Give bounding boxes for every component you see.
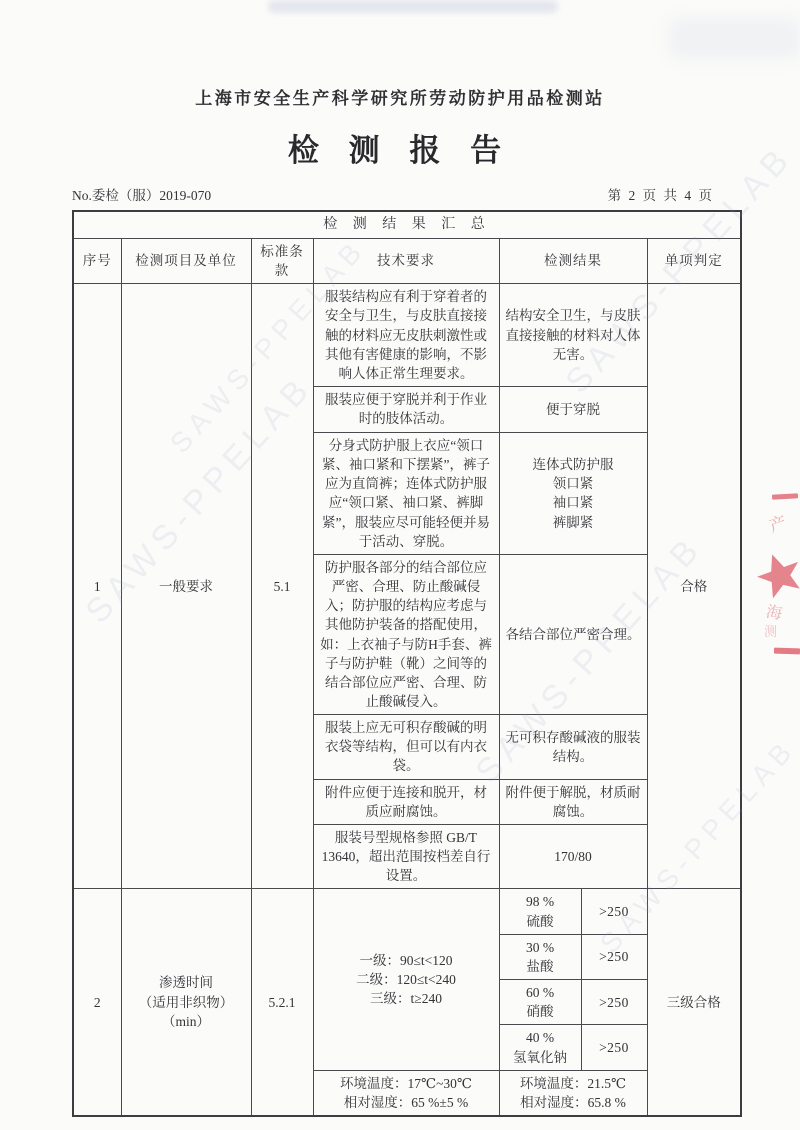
report-meta: No.委检（服）2019-070 第 2 页 共 4 页 bbox=[72, 184, 740, 204]
result-cell: 各结合部位严密合理。 bbox=[499, 554, 647, 714]
acid-name-cell: 98 % 硫酸 bbox=[499, 889, 581, 934]
acid-name-cell: 30 % 盐酸 bbox=[499, 934, 581, 979]
acid-value-cell: >250 bbox=[581, 889, 647, 934]
svg-text:测: 测 bbox=[764, 624, 777, 639]
requirement-cell: 分身式防护服上衣应“领口紧、袖口紧和下摆紧”，裤子应为直筒裤；连体式防护服应“领… bbox=[313, 432, 499, 554]
col-header-verdict: 单项判定 bbox=[647, 238, 741, 283]
environment-result-cell: 环境温度：21.5℃ 相对湿度：65.8 % bbox=[499, 1070, 647, 1116]
svg-text:海: 海 bbox=[765, 603, 784, 624]
requirement-cell: 服装应便于穿脱并利于作业时的肢体活动。 bbox=[313, 386, 499, 432]
report-header: 上海市安全生产科学研究所劳动防护用品检测站 检 测 报 告 bbox=[0, 0, 800, 170]
verdict-cell: 合格 bbox=[647, 284, 741, 889]
result-cell: 附件便于解脱，材质耐腐蚀。 bbox=[499, 779, 647, 824]
acid-value-cell: >250 bbox=[581, 980, 647, 1025]
acid-name-cell: 40 % 氢氧化钠 bbox=[499, 1025, 581, 1070]
requirement-cell: 服装结构应有利于穿着者的安全与卫生，与皮肤直接接触的材料应无皮肤刺激性或其他有害… bbox=[313, 284, 499, 387]
requirement-cell: 防护服各部分的结合部位应严密、合理、防止酸碱侵入；防护服的结构应考虑与其他防护装… bbox=[313, 554, 499, 714]
page-indicator: 第 2 页 共 4 页 bbox=[608, 184, 714, 204]
clause-cell: 5.2.1 bbox=[251, 889, 313, 1116]
result-cell: 便于穿脱 bbox=[499, 386, 647, 432]
report-title: 检 测 报 告 bbox=[0, 125, 800, 170]
results-table: 检 测 结 果 汇 总 序号 检测项目及单位 标准条款 技术要求 检测结果 单项… bbox=[72, 210, 742, 1117]
result-cell: 170/80 bbox=[499, 824, 647, 888]
seq-cell: 2 bbox=[73, 889, 121, 1116]
item-cell: 一般要求 bbox=[121, 284, 251, 889]
clause-cell: 5.1 bbox=[251, 284, 313, 889]
partial-red-seal-stamp: 产 海 测 bbox=[752, 486, 800, 662]
requirement-cell-levels: 一级：90≤t<120 二级：120≤t<240 三级：t≥240 bbox=[313, 889, 499, 1070]
svg-text:产: 产 bbox=[767, 513, 789, 536]
report-number: No.委检（服）2019-070 bbox=[72, 184, 211, 204]
seq-cell: 1 bbox=[73, 284, 121, 889]
col-header-result: 检测结果 bbox=[499, 238, 647, 283]
requirement-cell: 服装号型规格参照 GB/T 13640，超出范围按档差自行设置。 bbox=[313, 824, 499, 888]
result-cell: 连体式防护服 领口紧 袖口紧 裤脚紧 bbox=[499, 432, 647, 554]
summary-title: 检 测 结 果 汇 总 bbox=[73, 211, 741, 238]
requirement-cell: 附件应便于连接和脱开，材质应耐腐蚀。 bbox=[313, 779, 499, 824]
environment-requirement-cell: 环境温度：17℃~30℃ 相对湿度：65 %±5 % bbox=[313, 1070, 499, 1116]
col-header-item: 检测项目及单位 bbox=[121, 238, 251, 283]
result-cell: 结构安全卫生，与皮肤直接接触的材料对人体无害。 bbox=[499, 284, 647, 387]
result-cell: 无可积存酸碱液的服装结构。 bbox=[499, 715, 647, 779]
col-header-clause: 标准条款 bbox=[251, 238, 313, 283]
acid-value-cell: >250 bbox=[581, 1025, 647, 1070]
col-header-requirement: 技术要求 bbox=[313, 238, 499, 283]
item-cell: 渗透时间 （适用非织物） （min） bbox=[121, 889, 251, 1116]
col-header-seq: 序号 bbox=[73, 238, 121, 283]
requirement-cell: 服装上应无可积存酸碱的明衣袋等结构，但可以有内衣袋。 bbox=[313, 715, 499, 779]
acid-name-cell: 60 % 硝酸 bbox=[499, 980, 581, 1025]
acid-value-cell: >250 bbox=[581, 934, 647, 979]
organization-name: 上海市安全生产科学研究所劳动防护用品检测站 bbox=[0, 84, 800, 109]
verdict-cell: 三级合格 bbox=[647, 889, 741, 1116]
